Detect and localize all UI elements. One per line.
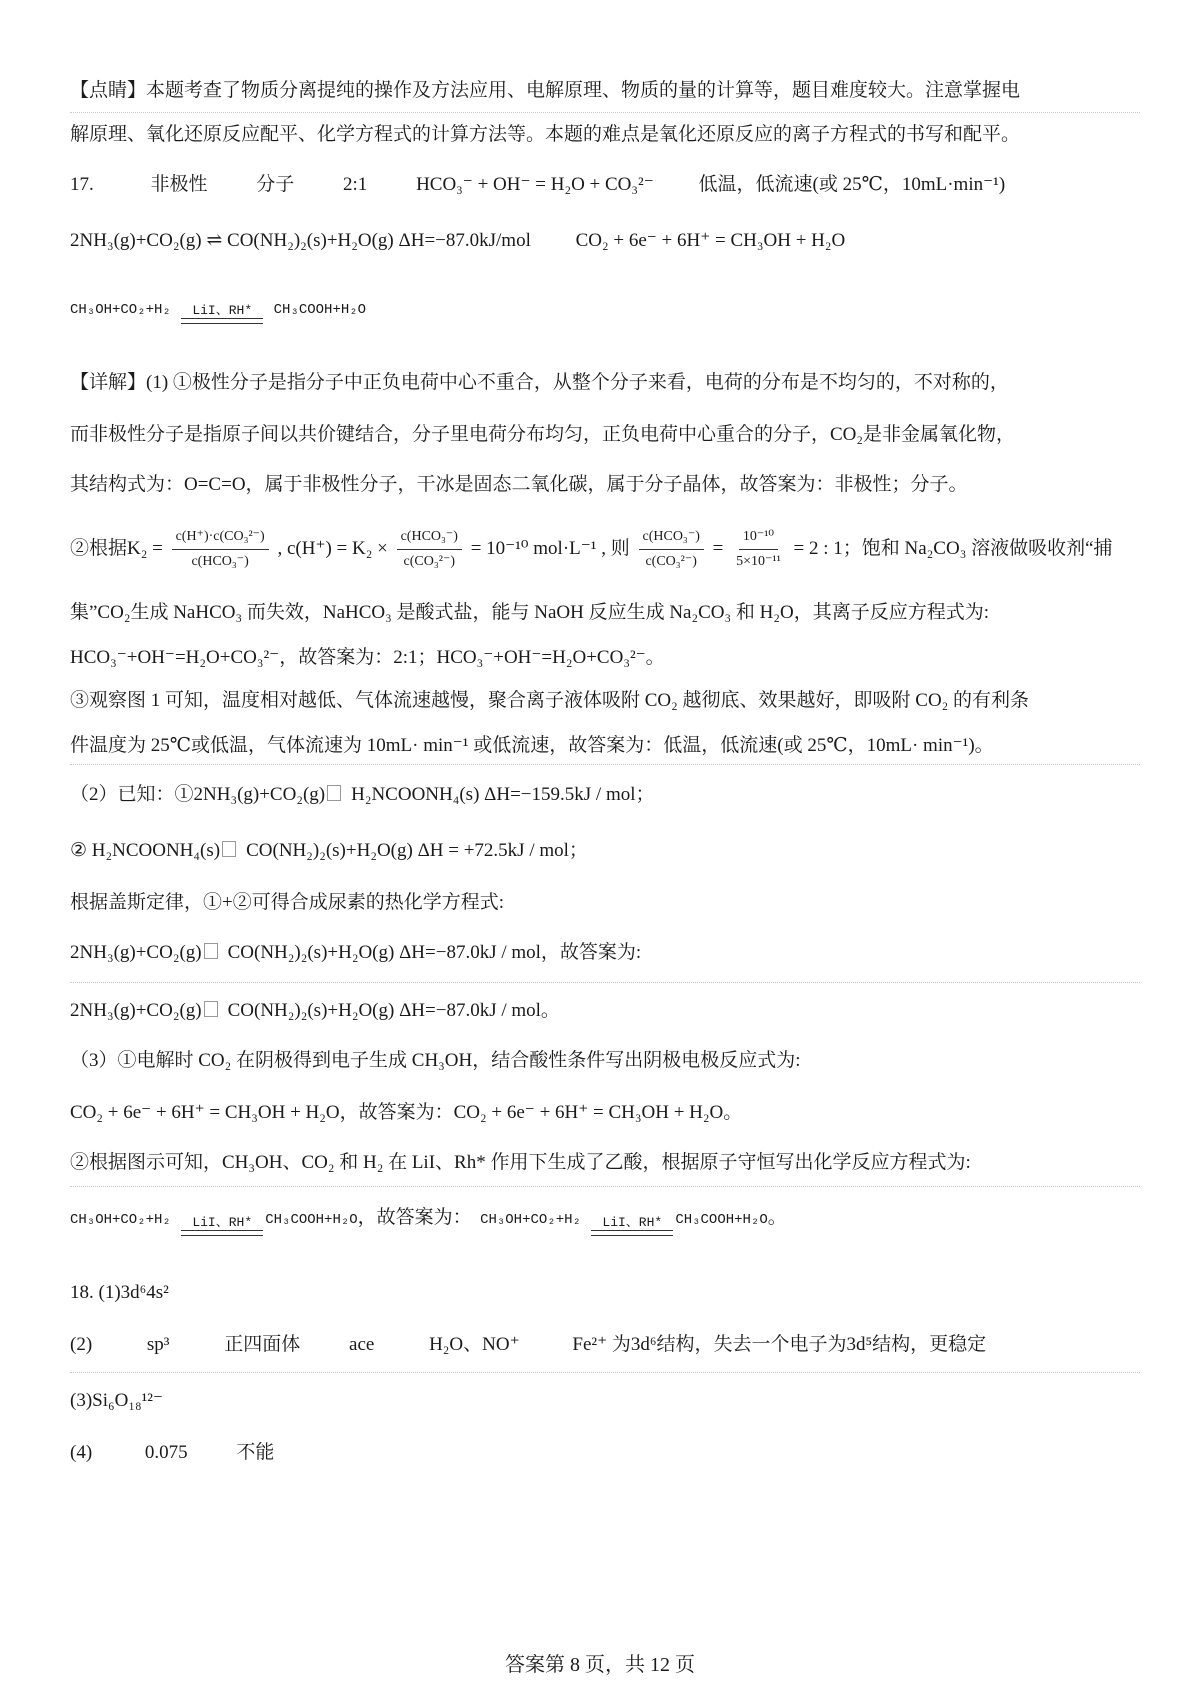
- ch-value: = 10⁻¹⁰ mol·L⁻¹ , 则: [471, 538, 630, 559]
- reversible-arrow-icon: [204, 1001, 218, 1017]
- catalyst-condition: LiI、RH*: [192, 304, 252, 318]
- equation-left: ② H₂NCOONH₄(s): [70, 840, 220, 861]
- catalyst-condition: LiI、RH*: [192, 1216, 252, 1230]
- catalyst-arrow: LiI、RH*: [591, 1216, 673, 1242]
- answer-2: 正四面体: [224, 1334, 300, 1355]
- detail-p4-line-5: 2NH₃(g)+CO₂(g)CO(NH₂)₂(s)+H₂O(g) ΔH=−87.…: [70, 998, 1140, 1024]
- q18-line-3: (3)Si₆O₁₈¹²⁻: [70, 1388, 1140, 1414]
- equation-right: CH₃COOH+H₂O: [675, 1212, 767, 1228]
- answer-2: 分子: [256, 174, 294, 195]
- q18-line-4: (4) 0.075 不能: [70, 1440, 1140, 1466]
- detail-p1-line-3: 其结构式为：O=C=O，属于非极性分子，干冰是固态二氧化碳，属于分子晶体，故答案…: [70, 472, 1140, 498]
- double-line-icon: [591, 1230, 673, 1236]
- answer-5: Fe²⁺ 为3d⁶结构，失去一个电子为3d⁵结构，更稳定: [572, 1334, 986, 1355]
- equation-right: CO(NH₂)₂(s)+H₂O(g) ΔH=−87.0kJ / mol，故答案为…: [228, 942, 642, 963]
- equation-left: CH₃OH+CO₂+H₂: [70, 302, 171, 318]
- dotted-separator: [70, 764, 1140, 765]
- ch-expression: , c(H⁺) = K₂ ×: [277, 538, 387, 559]
- equation-right: CH₃COOH+H₂O: [265, 1212, 357, 1228]
- answer-5: 低温，低流速(或 25℃，10mL·min⁻¹): [699, 174, 1006, 195]
- q17-answer-line-1: 17. 非极性 分子 2:1 HCO₃⁻ + OH⁻ = H₂O + CO₃²⁻…: [70, 172, 1140, 198]
- detail-p1-line-2: 而非极性分子是指原子间以共价键结合，分子里电荷分布均匀，正负电荷中心重合的分子，…: [70, 422, 1140, 448]
- detail-p6-line-2: CH₃OH+CO₂+H₂ LiI、RH* CH₃COOH+H₂O，故答案为： C…: [70, 1196, 1140, 1242]
- catalyst-arrow: LiI、RH*: [181, 304, 263, 330]
- equation-left: 2NH₃(g)+CO₂(g): [70, 1000, 202, 1021]
- equation-left: （2）已知：①2NH₃(g)+CO₂(g): [70, 784, 325, 805]
- equation-right: CO(NH₂)₂(s)+H₂O(g) ΔH = +72.5kJ / mol；: [246, 840, 588, 861]
- q17-answer-line-3: CH₃OH+CO₂+H₂ LiI、RH* CH₃COOH+H₂O: [70, 290, 1140, 330]
- detail-p2-line-3: HCO₃⁻+OH⁻=H₂O+CO₃²⁻，故答案为：2:1；HCO₃⁻+OH⁻=H…: [70, 645, 1140, 671]
- detail-p5-line-2: CO₂ + 6e⁻ + 6H⁺ = CH₃OH + H₂O，故答案为：CO₂ +…: [70, 1100, 1140, 1126]
- reversible-arrow-icon: [204, 943, 218, 959]
- q18-line-1: 18. (1)3d⁶4s²: [70, 1280, 1140, 1306]
- answer-1: sp³: [147, 1334, 170, 1355]
- dotted-separator: [70, 1372, 1140, 1373]
- answer-label: ，故答案为：: [358, 1207, 472, 1228]
- concentration-fraction: c(HCO₃⁻) c(CO₃²⁻): [397, 527, 462, 572]
- detail-p1-line-1: 【详解】(1) ①极性分子是指分子中正负电荷中心不重合，从整个分子来看，电荷的分…: [70, 370, 1140, 396]
- answer-1: 非极性: [151, 174, 208, 195]
- answer-4: HCO₃⁻ + OH⁻ = H₂O + CO₃²⁻: [416, 174, 654, 195]
- answer-7: CO₂ + 6e⁻ + 6H⁺ = CH₃OH + H₂O: [576, 230, 846, 251]
- detail-p6-line-1: ②根据图示可知，CH₃OH、CO₂ 和 H₂ 在 LiI、Rh* 作用下生成了乙…: [70, 1150, 1140, 1176]
- reversible-arrow-icon: [222, 841, 236, 857]
- equation-right: CO(NH₂)₂(s)+H₂O(g) ΔH=−87.0kJ / mol。: [228, 1000, 560, 1021]
- detail-p4-line-1: （2）已知：①2NH₃(g)+CO₂(g)H₂NCOONH₄(s) ΔH=−15…: [70, 782, 1140, 808]
- detail-p3-line-1: ③观察图 1 可知，温度相对越低、气体流速越慢，聚合离子液体吸附 CO₂ 越彻底…: [70, 688, 1140, 714]
- answer-6: 2NH₃(g)+CO₂(g) ⇌ CO(NH₂)₂(s)+H₂O(g) ΔH=−…: [70, 230, 531, 251]
- equation-right: H₂NCOONH₄(s) ΔH=−159.5kJ / mol；: [351, 784, 654, 805]
- k2-fraction: c(H⁺)·c(CO₃²⁻) c(HCO₃⁻): [172, 527, 269, 572]
- answer-3: 2:1: [343, 174, 367, 195]
- period: 。: [768, 1207, 787, 1228]
- k2-label: ②根据K₂ =: [70, 538, 163, 559]
- detail-p4-line-2: ② H₂NCOONH₄(s)CO(NH₂)₂(s)+H₂O(g) ΔH = +7…: [70, 838, 1140, 864]
- value-fraction: 10⁻¹⁰ 5×10⁻¹¹: [732, 527, 785, 572]
- answer-1: 0.075: [145, 1442, 188, 1463]
- q18-line-2: (2) sp³ 正四面体 ace H₂O、NO⁺ Fe²⁺ 为3d⁶结构，失去一…: [70, 1332, 1140, 1358]
- detail-p2-line-2: 集”CO₂生成 NaHCO₃ 而失效，NaHCO₃ 是酸式盐，能与 NaOH 反…: [70, 600, 1140, 626]
- equation-left: 2NH₃(g)+CO₂(g): [70, 942, 202, 963]
- sub-question-label: (4): [70, 1442, 92, 1463]
- sub-question-label: (2): [70, 1334, 92, 1355]
- dotted-separator: [70, 1186, 1140, 1187]
- detail-p5-line-1: （3）①电解时 CO₂ 在阴极得到电子生成 CH₃OH，结合酸性条件写出阴极电极…: [70, 1048, 1140, 1074]
- answer-4: H₂O、NO⁺: [429, 1334, 520, 1355]
- detail-p4-line-3: 根据盖斯定律，①+②可得合成尿素的热化学方程式:: [70, 890, 1140, 916]
- detail-p4-line-4: 2NH₃(g)+CO₂(g)CO(NH₂)₂(s)+H₂O(g) ΔH=−87.…: [70, 940, 1140, 966]
- reversible-arrow-icon: [327, 785, 341, 801]
- catalyst-arrow: LiI、RH*: [181, 1216, 263, 1242]
- dotted-separator: [70, 982, 1140, 983]
- double-line-icon: [181, 318, 263, 324]
- page-footer: 答案第 8 页，共 12 页: [0, 1648, 1200, 1677]
- detail-p2-line-1: ②根据K₂ = c(H⁺)·c(CO₃²⁻) c(HCO₃⁻) , c(H⁺) …: [70, 518, 1140, 580]
- q17-answer-line-2: 2NH₃(g)+CO₂(g) ⇌ CO(NH₂)₂(s)+H₂O(g) ΔH=−…: [70, 228, 1140, 254]
- equation-left: CH₃OH+CO₂+H₂: [70, 1212, 171, 1228]
- ratio-fraction: c(HCO₃⁻) c(CO₃²⁻): [639, 527, 704, 572]
- equals-sign: =: [713, 538, 724, 559]
- detail-p3-line-2: 件温度为 25℃或低温，气体流速为 10mL· min⁻¹ 或低流速，故答案为：…: [70, 733, 1140, 759]
- equation-left: CH₃OH+CO₂+H₂: [480, 1212, 581, 1228]
- comment-line-1: 【点睛】本题考查了物质分离提纯的操作及方法应用、电解原理、物质的量的计算等，题目…: [70, 78, 1140, 104]
- equation-right: CH₃COOH+H₂O: [274, 302, 366, 318]
- double-line-icon: [181, 1230, 263, 1236]
- question-number: 17.: [70, 174, 94, 195]
- answer-2: 不能: [236, 1442, 274, 1463]
- dotted-separator: [70, 112, 1140, 113]
- ratio-result: = 2 : 1；饱和 Na₂CO₃ 溶液做吸收剂“捕: [794, 538, 1113, 559]
- answer-3: ace: [349, 1334, 374, 1355]
- catalyst-condition: LiI、RH*: [602, 1216, 662, 1230]
- comment-line-2: 解原理、氧化还原反应配平、化学方程式的计算方法等。本题的难点是氧化还原反应的离子…: [70, 122, 1140, 148]
